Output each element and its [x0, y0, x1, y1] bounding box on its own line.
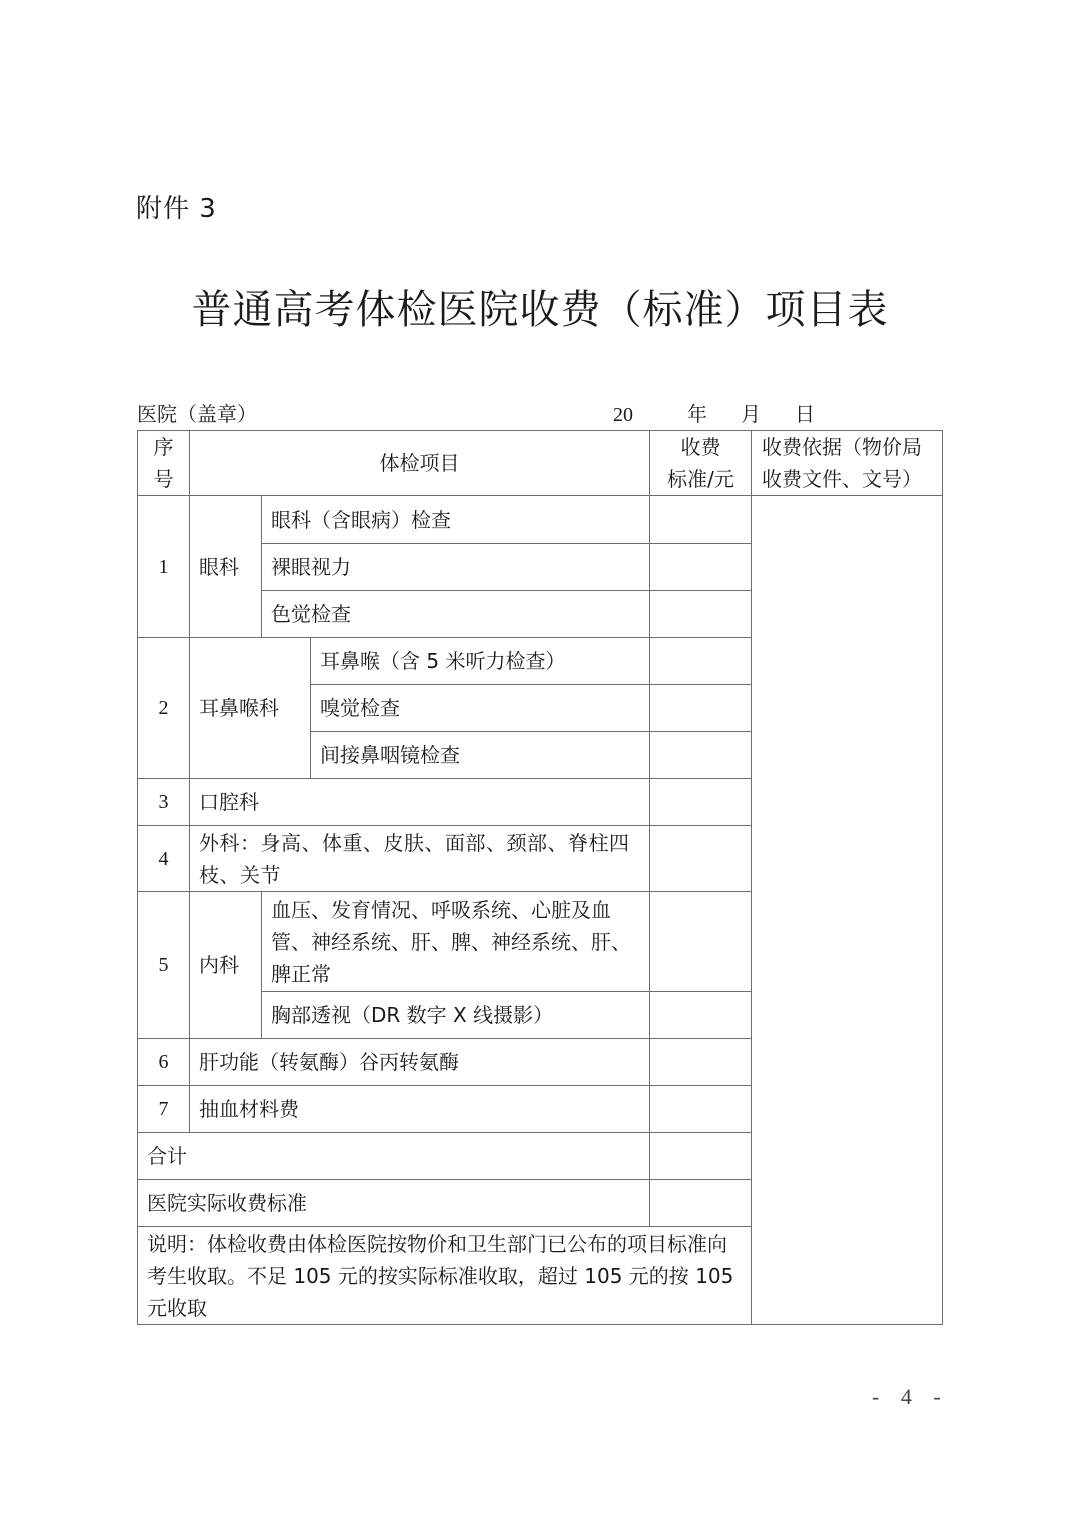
row-4-item: 外科：身高、体重、皮肤、面部、颈部、脊柱四枝、关节	[189, 825, 650, 892]
row-1-fee-1[interactable]	[649, 495, 752, 544]
row-1-fee-2[interactable]	[649, 543, 752, 591]
row-6-fee[interactable]	[649, 1038, 752, 1086]
row-7-item: 抽血材料费	[189, 1085, 650, 1133]
row-1-seq: 1	[137, 495, 190, 638]
row-5-fee-1[interactable]	[649, 891, 752, 992]
row-7-seq: 7	[137, 1085, 190, 1133]
row-1-fee-3[interactable]	[649, 590, 752, 638]
hospital-stamp-label: 医院（盖章）	[137, 398, 257, 427]
row-2-dept: 耳鼻喉科	[189, 637, 311, 779]
row-3-item: 口腔科	[189, 778, 650, 826]
row-6-seq: 6	[137, 1038, 190, 1086]
row-5-seq: 5	[137, 891, 190, 1039]
row-1-item-3: 色觉检查	[261, 590, 650, 638]
row-4-seq: 4	[137, 825, 190, 892]
basis-merged-cell[interactable]	[751, 495, 943, 1325]
day-label: 日	[795, 398, 815, 427]
row-2-fee-3[interactable]	[649, 731, 752, 779]
row-1-item-1: 眼科（含眼病）检查	[261, 495, 650, 544]
year-prefix: 20	[613, 404, 633, 427]
row-7-fee[interactable]	[649, 1085, 752, 1133]
header-seq: 序号	[137, 430, 190, 496]
row-5-dept: 内科	[189, 891, 262, 1039]
row-5-item-1: 血压、发育情况、呼吸系统、心脏及血管、神经系统、肝、脾、神经系统、肝、脾正常	[261, 891, 650, 992]
date-fields: 20年月日	[613, 398, 815, 427]
row-2-item-3: 间接鼻咽镜检查	[310, 731, 650, 779]
header-seq-text: 序号	[153, 431, 175, 495]
stamp-date-line: 医院（盖章） 20年月日	[137, 398, 817, 424]
page-number: - 4 -	[872, 1384, 949, 1410]
row-2-fee-1[interactable]	[649, 637, 752, 685]
row-5-item-2: 胸部透视（DR 数字 X 线摄影）	[261, 991, 650, 1039]
year-label: 年	[687, 398, 707, 427]
note-cell: 说明：体检收费由体检医院按物价和卫生部门已公布的项目标准向考生收取。不足 105…	[137, 1226, 752, 1325]
header-basis-line1: 收费依据（物价局	[762, 431, 922, 463]
total-label: 合计	[137, 1132, 650, 1180]
month-label: 月	[741, 398, 761, 427]
fee-table: 序号 体检项目 收费 标准/元 收费依据（物价局 收费文件、文号） 1 眼科 眼…	[137, 430, 943, 1325]
header-fee: 收费 标准/元	[649, 430, 752, 496]
document-title: 普通高考体检医院收费（标准）项目表	[0, 278, 1080, 335]
row-1-dept: 眼科	[189, 495, 262, 638]
row-2-item-1: 耳鼻喉（含 5 米听力检查）	[310, 637, 650, 685]
header-basis: 收费依据（物价局 收费文件、文号）	[751, 430, 943, 496]
actual-fee-value[interactable]	[649, 1179, 752, 1227]
row-3-seq: 3	[137, 778, 190, 826]
header-fee-line2: 标准/元	[667, 463, 734, 495]
header-basis-line2: 收费文件、文号）	[762, 463, 922, 495]
row-2-seq: 2	[137, 637, 190, 779]
row-5-fee-2[interactable]	[649, 991, 752, 1039]
actual-fee-label: 医院实际收费标准	[137, 1179, 650, 1227]
row-1-item-2: 裸眼视力	[261, 543, 650, 591]
row-4-fee[interactable]	[649, 825, 752, 892]
header-fee-line1: 收费	[681, 431, 721, 463]
row-3-fee[interactable]	[649, 778, 752, 826]
row-6-item: 肝功能（转氨酶）谷丙转氨酶	[189, 1038, 650, 1086]
total-fee[interactable]	[649, 1132, 752, 1180]
attachment-label: 附件 3	[136, 188, 217, 225]
row-2-fee-2[interactable]	[649, 684, 752, 732]
row-2-item-2: 嗅觉检查	[310, 684, 650, 732]
header-item: 体检项目	[189, 430, 650, 496]
